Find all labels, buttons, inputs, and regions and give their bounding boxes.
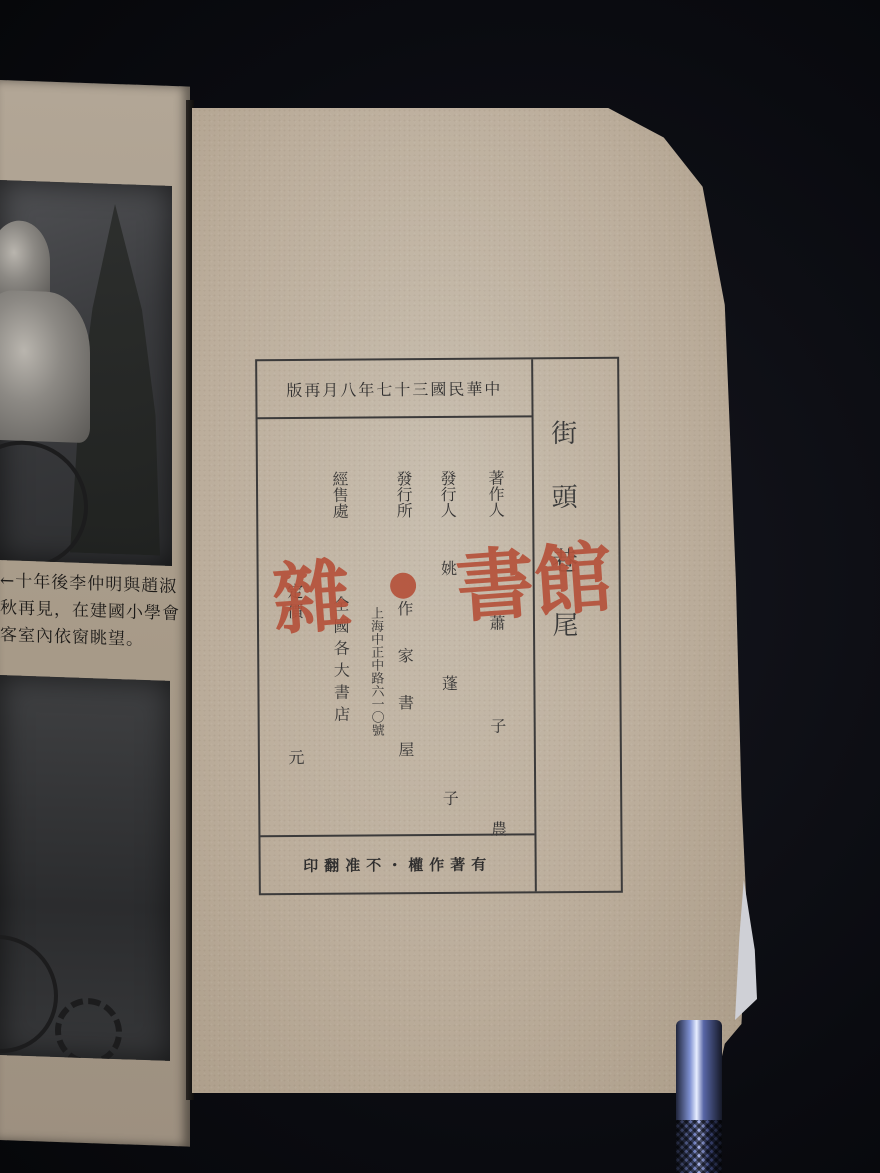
photo-caption: ←十年後李仲明與趙淑 秋再見，在建國小學會 客室內依窗眺望。 <box>0 568 190 656</box>
face-in-photo <box>0 220 50 302</box>
photo-young-man-with-bicycle <box>0 180 172 566</box>
publisher-name: 姚 蓬 子 <box>437 560 462 846</box>
publishing-house-label: 發行所 <box>392 470 415 518</box>
author-name: 蕭 子 農 <box>485 615 510 871</box>
book-title: 街頭巷尾 <box>544 419 583 675</box>
price-label: 定價 <box>283 583 306 623</box>
distributor-label: 經售處 <box>328 471 351 519</box>
bicycle-chainring <box>55 997 122 1061</box>
sweater-in-photo <box>0 289 90 443</box>
edition-date: 中華民國三十七年八月再版 <box>257 359 531 419</box>
colophon-details-panel: 中華民國三十七年八月再版 著作人 蕭 子 農 發行人 姚 蓬 子 發行所 作 家… <box>257 359 537 893</box>
publisher-label: 發行人 <box>436 470 459 518</box>
copyright-notice: 有著作權・不准翻印 <box>260 833 534 893</box>
bicycle-wheel <box>0 933 58 1055</box>
publishing-house-name: 作 家 書 屋 <box>393 600 417 763</box>
price-unit: 元 <box>284 749 307 765</box>
publisher-address: 上海中正中路六一〇號 <box>369 606 383 736</box>
author-label: 著作人 <box>484 470 507 518</box>
photo-bicycle-rider <box>0 675 170 1061</box>
colophon-frame: 中華民國三十七年八月再版 著作人 蕭 子 農 發行人 姚 蓬 子 發行所 作 家… <box>255 357 623 896</box>
tool-knurled-grip <box>676 1120 722 1173</box>
left-page: ←十年後李仲明與趙淑 秋再見，在建國小學會 客室內依窗眺望。 <box>0 80 190 1147</box>
distributor-name: 全國各大書店 <box>329 596 353 728</box>
